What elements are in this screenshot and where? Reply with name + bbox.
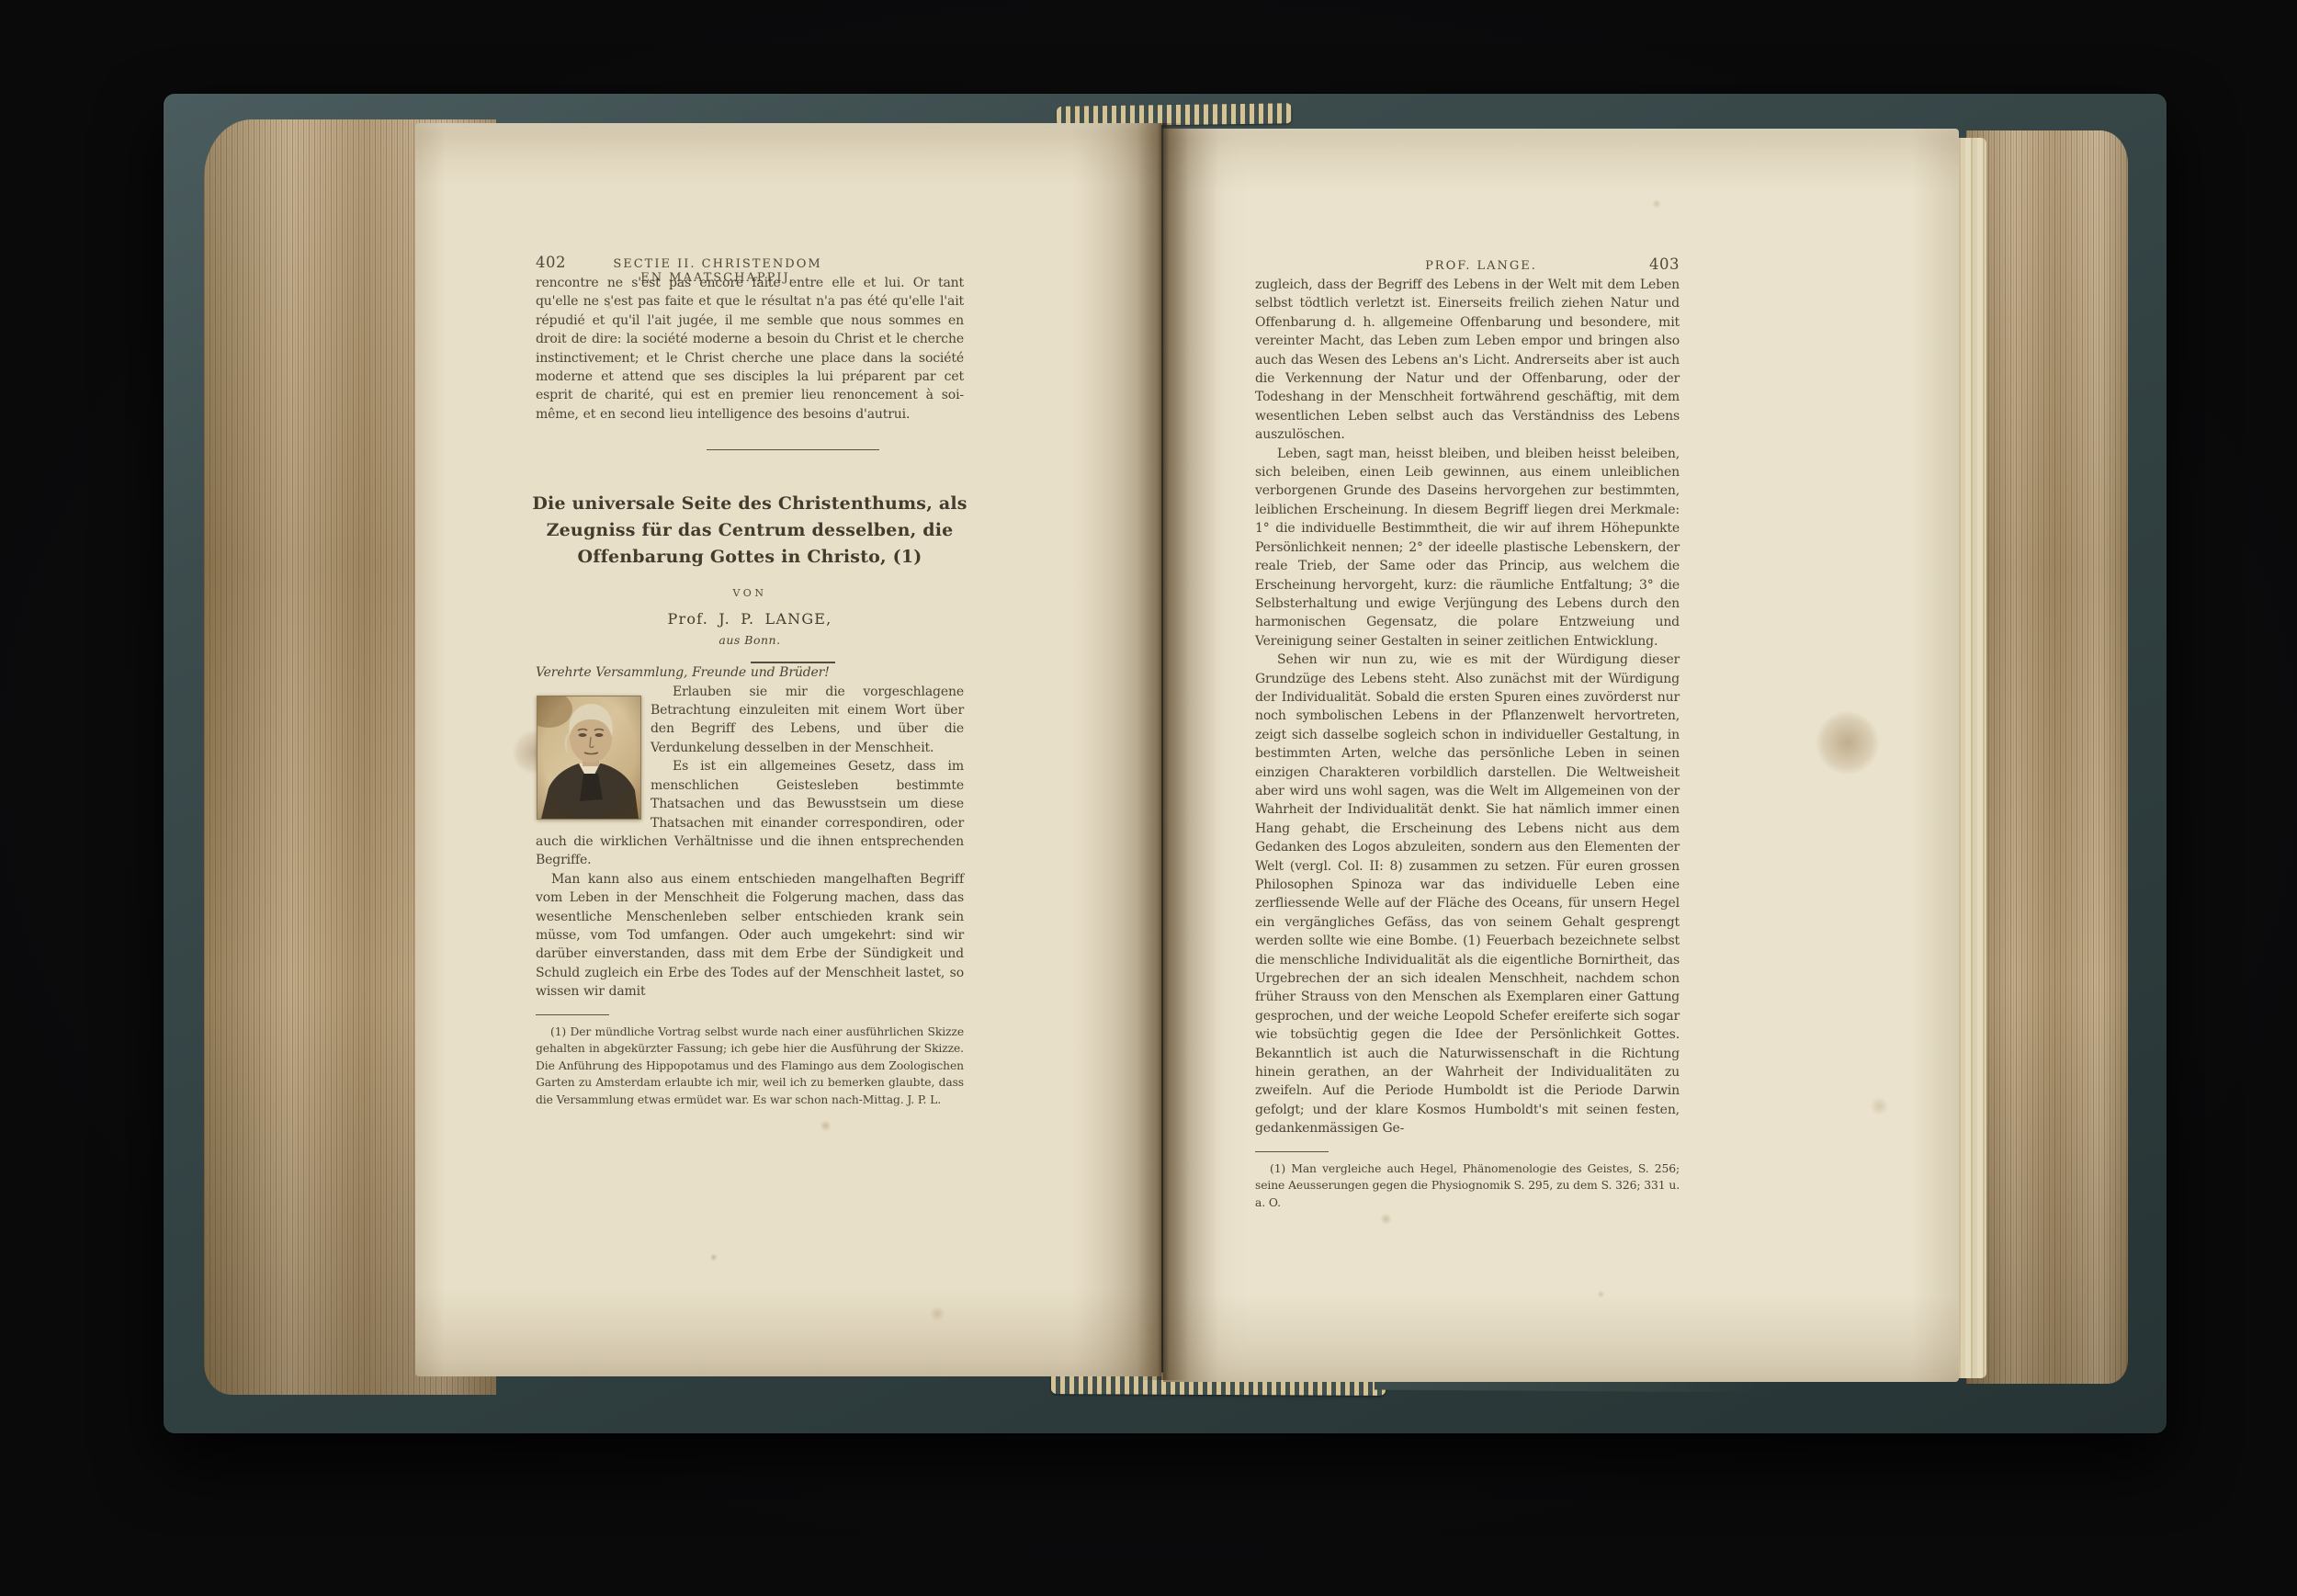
- author-origin: aus Bonn.: [536, 633, 964, 647]
- footnote-left: (1) Der mündliche Vortrag selbst wurde n…: [536, 1024, 964, 1109]
- article-title: Die universale Seite des Christenthums, …: [517, 491, 982, 571]
- footnote-right: (1) Man vergleiche auch Hegel, Phänomeno…: [1255, 1160, 1680, 1212]
- footnote-rule-right: [1255, 1151, 1329, 1152]
- page-edges-right: [1966, 130, 2128, 1384]
- page-left: 402 SECTIE II. CHRISTENDOM EN MAATSCHAPP…: [415, 123, 1161, 1376]
- footnote-rule-left: [536, 1014, 609, 1015]
- running-header-right: PROF. LANGE.: [1338, 259, 1624, 273]
- paragraph: Man kann also aus einem entschieden mang…: [536, 870, 964, 1002]
- page-number-right: 403: [1624, 255, 1680, 273]
- paragraph: zugleich, dass der Begriff des Lebens in…: [1255, 276, 1680, 445]
- intro-paragraph: rencontre ne s'est pas encore faite entr…: [536, 274, 964, 424]
- portrait-photo: [537, 696, 641, 820]
- photo-background: 402 SECTIE II. CHRISTENDOM EN MAATSCHAPP…: [0, 0, 2297, 1596]
- paragraph: Sehen wir nun zu, wie es mit der Würdigu…: [1255, 651, 1680, 1138]
- left-page-text-column: 402 SECTIE II. CHRISTENDOM EN MAATSCHAPP…: [536, 254, 964, 1109]
- paragraph: Leben, sagt man, heisst bleiben, und ble…: [1255, 445, 1680, 651]
- page-right: PROF. LANGE. 403 zugleich, dass der Begr…: [1163, 129, 1959, 1382]
- section-divider-rule: [707, 449, 879, 450]
- page-number-left: 402: [536, 254, 600, 271]
- running-head-right: PROF. LANGE. 403: [1255, 255, 1680, 276]
- running-head-left: 402 SECTIE II. CHRISTENDOM EN MAATSCHAPP…: [536, 254, 964, 274]
- byline-intro: VON: [536, 587, 964, 599]
- salutation: Verehrte Versammlung, Freunde und Brüder…: [536, 663, 964, 682]
- portrait-illustration: [537, 696, 640, 819]
- right-page-text-column: PROF. LANGE. 403 zugleich, dass der Begr…: [1255, 255, 1680, 1211]
- author-name: Prof. J. P. LANGE,: [536, 610, 964, 628]
